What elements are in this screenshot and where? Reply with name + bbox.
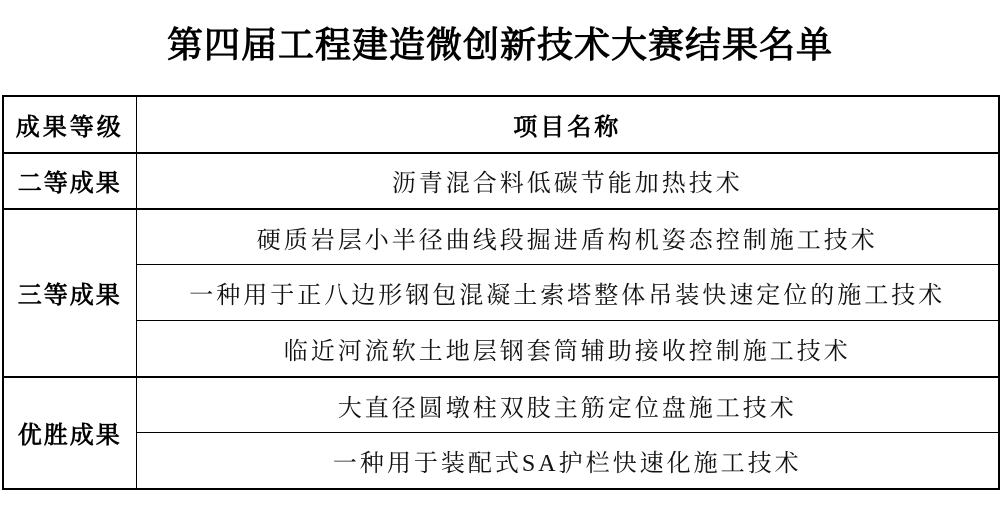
column-header-level: 成果等级 xyxy=(3,96,136,153)
level-cell-third-class: 三等成果 xyxy=(3,209,136,377)
table-row: 一种用于正八边形钢包混凝土索塔整体吊装快速定位的施工技术 xyxy=(3,265,999,321)
page-title: 第四届工程建造微创新技术大赛结果名单 xyxy=(0,0,1000,95)
table-header-row: 成果等级 项目名称 xyxy=(3,96,999,153)
level-cell-winner-class: 优胜成果 xyxy=(3,377,136,489)
project-cell: 一种用于正八边形钢包混凝土索塔整体吊装快速定位的施工技术 xyxy=(136,265,999,321)
table-row: 一种用于装配式SA护栏快速化施工技术 xyxy=(3,433,999,489)
project-cell: 临近河流软土地层钢套筒辅助接收控制施工技术 xyxy=(136,321,999,377)
level-cell-second-class: 二等成果 xyxy=(3,153,136,209)
table-row: 二等成果 沥青混合料低碳节能加热技术 xyxy=(3,153,999,209)
document-page: 第四届工程建造微创新技术大赛结果名单 成果等级 项目名称 二等成果 沥青混合料低… xyxy=(0,0,1000,509)
table-row: 优胜成果 大直径圆墩柱双肢主筋定位盘施工技术 xyxy=(3,377,999,433)
project-cell: 一种用于装配式SA护栏快速化施工技术 xyxy=(136,433,999,489)
results-table: 成果等级 项目名称 二等成果 沥青混合料低碳节能加热技术 三等成果 硬质岩层小半… xyxy=(2,95,1000,490)
table-row: 临近河流软土地层钢套筒辅助接收控制施工技术 xyxy=(3,321,999,377)
project-cell: 沥青混合料低碳节能加热技术 xyxy=(136,153,999,209)
table-row: 三等成果 硬质岩层小半径曲线段掘进盾构机姿态控制施工技术 xyxy=(3,209,999,265)
project-cell: 大直径圆墩柱双肢主筋定位盘施工技术 xyxy=(136,377,999,433)
column-header-project: 项目名称 xyxy=(136,96,999,153)
project-cell: 硬质岩层小半径曲线段掘进盾构机姿态控制施工技术 xyxy=(136,209,999,265)
